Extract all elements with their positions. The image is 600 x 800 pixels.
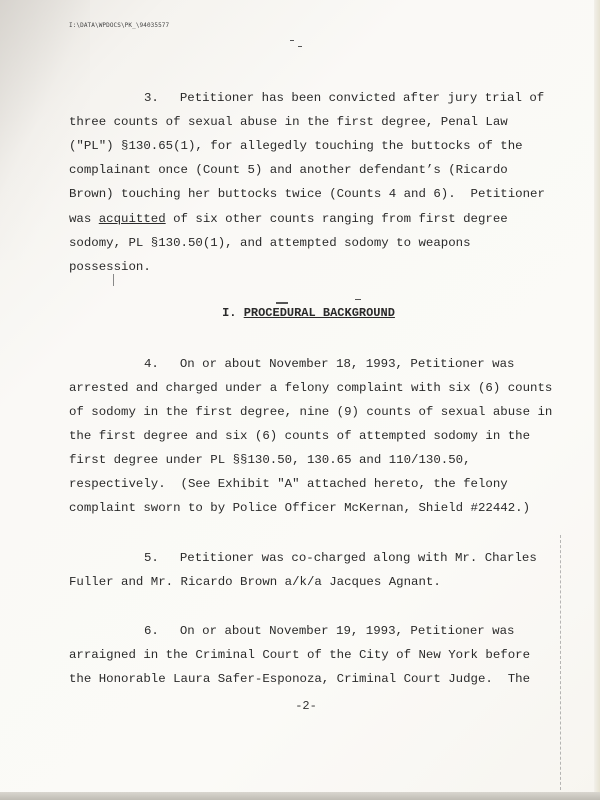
paragraph-4-line: respectively. (See Exhibit "A" attached … <box>69 472 508 496</box>
paragraph-3-line: possession. <box>69 255 151 279</box>
scan-artifact-line <box>560 535 562 795</box>
underlined-acquitted: acquitted <box>99 212 166 226</box>
file-path-header: I:\DATA\WPDOCS\PK_\94035577 <box>69 22 169 29</box>
paragraph-3-line: Brown) touching her buttocks twice (Coun… <box>69 182 545 206</box>
paragraph-4-first-line: 4.On or about November 18, 1993, Petitio… <box>69 352 514 376</box>
scanned-page: I:\DATA\WPDOCS\PK_\94035577 3.Petitioner… <box>0 0 600 800</box>
paragraph-6-first-line: 6.On or about November 19, 1993, Petitio… <box>69 619 514 643</box>
section-heading: I. PROCEDURAL BACKGROUND <box>0 306 600 320</box>
paragraph-6-line: the Honorable Laura Safer-Esponoza, Crim… <box>69 667 530 691</box>
paragraph-4-line: complaint sworn to by Police Officer McK… <box>69 496 530 520</box>
scan-speck <box>355 299 361 300</box>
paragraph-4-line: arrested and charged under a felony comp… <box>69 376 552 400</box>
section-heading-title: PROCEDURAL BACKGROUND <box>244 306 395 320</box>
page-number: -2- <box>0 699 600 713</box>
scan-speck <box>298 46 302 47</box>
paragraph-6-line: arraigned in the Criminal Court of the C… <box>69 643 530 667</box>
paragraph-number: 4. <box>144 357 159 371</box>
paragraph-number: 5. <box>144 551 159 565</box>
paragraph-3-line: three counts of sexual abuse in the firs… <box>69 110 508 134</box>
paragraph-3-line: sodomy, PL §130.50(1), and attempted sod… <box>69 231 471 255</box>
paragraph-5-first-line: 5.Petitioner was co-charged along with M… <box>69 546 537 570</box>
page-right-edge <box>594 0 600 800</box>
paragraph-3-acquitted-line: was acquitted of six other counts rangin… <box>69 207 508 231</box>
paragraph-3-line: complainant once (Count 5) and another d… <box>69 158 508 182</box>
scan-speck <box>276 302 288 304</box>
paragraph-number: 3. <box>144 91 159 105</box>
paragraph-4-line: first degree under PL §§130.50, 130.65 a… <box>69 448 471 472</box>
paragraph-number: 6. <box>144 624 159 638</box>
paragraph-3-line: ("PL") §130.65(1), for allegedly touchin… <box>69 134 523 158</box>
scan-speck <box>290 40 294 41</box>
paragraph-3-first-line: 3.Petitioner has been convicted after ju… <box>69 86 544 110</box>
page-bottom-edge <box>0 792 600 800</box>
paragraph-4-line: of sodomy in the first degree, nine (9) … <box>69 400 552 424</box>
paragraph-4-line: the first degree and six (6) counts of a… <box>69 424 530 448</box>
paragraph-5-line: Fuller and Mr. Ricardo Brown a/k/a Jacqu… <box>69 570 441 594</box>
